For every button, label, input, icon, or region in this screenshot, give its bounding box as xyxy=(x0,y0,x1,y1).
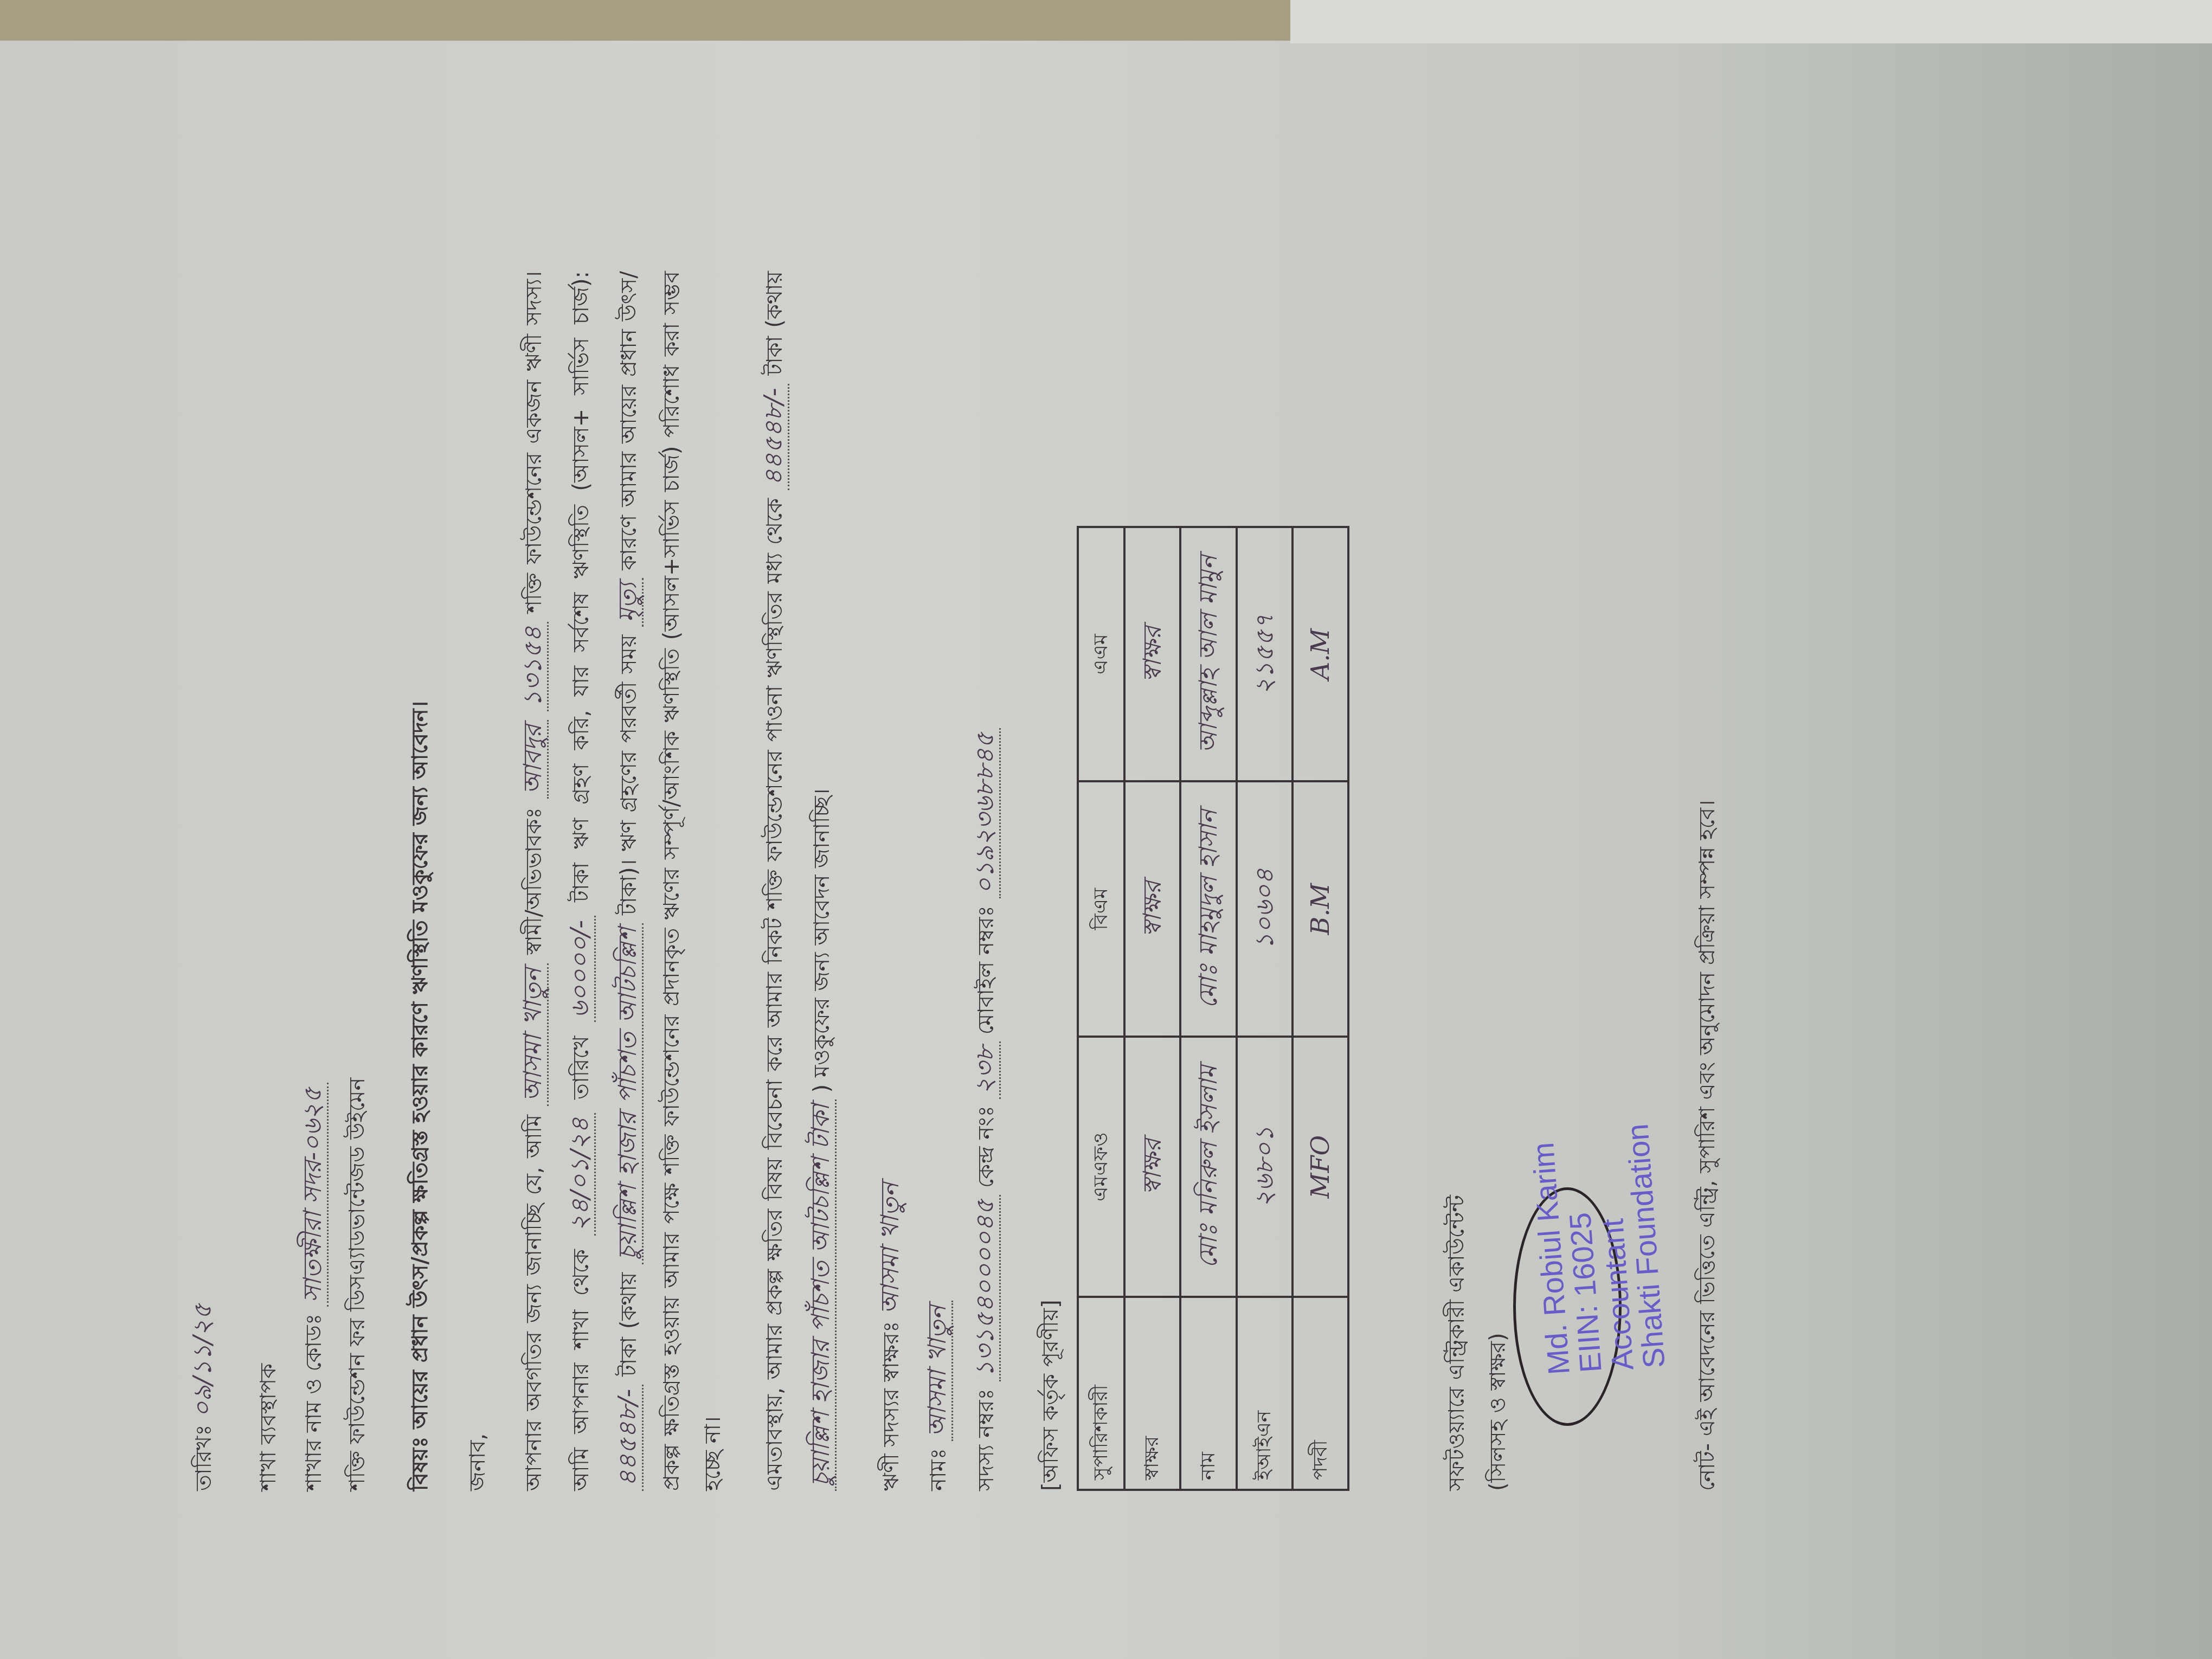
recommendation-table: সুপারিশকারী এমএফও বিএম এএম স্বাক্ষর স্বা… xyxy=(1077,526,1350,1491)
member-name-label: নামঃ xyxy=(926,1448,951,1491)
p2-text-1: এমতাবস্থায়, আমার প্রকল্প ক্ষতির বিষয় ব… xyxy=(762,498,787,1491)
member-name-line: নামঃ আসমা খাতুন xyxy=(914,271,961,1491)
table-cell: ২১৫৫৭ xyxy=(1237,527,1293,781)
table-row: নাম মোঃ মনিরুল ইসলাম মোঃ মাহমুদুল হাসান … xyxy=(1180,527,1236,1490)
row-label: নাম xyxy=(1180,1297,1236,1490)
balance-amount-field: ৪৪৫৪৮/- xyxy=(613,1385,644,1491)
waiver-amount-field: ৪৪৫৪৮/- xyxy=(758,384,789,490)
column-header: এএম xyxy=(1078,527,1124,781)
branch-line: শাখার নাম ও কোডঃ সাতক্ষীরা সদর-০৬২৫ xyxy=(289,271,336,1491)
subject-line: বিষয়ঃ আয়ের প্রধান উৎস/প্রকল্প ক্ষতিগ্র… xyxy=(400,271,441,1491)
verifier-title: সফটওয়্যারে এন্ট্রিকারী একাউন্টেন্ট xyxy=(1436,271,1477,1491)
waiver-words-field: চুয়াল্লিশ হাজার পাঁচশত আটচল্লিশ টাকা xyxy=(806,1099,837,1491)
paragraph-application: আপনার অবগতির জন্য জানাচ্ছি যে, আমি আসমা … xyxy=(509,271,734,1491)
verifier-stamp: Md. Robiul Karim EIIN: 16025 Accountant … xyxy=(1519,271,1681,1491)
p1-text-1: আপনার অবগতির জন্য জানাচ্ছি যে, আমি xyxy=(522,1115,546,1491)
p1-text-8: টাকা)। ঋণ গ্রহণের পরবর্তী সময় xyxy=(616,635,641,915)
member-signature: আসমা খাতুন xyxy=(875,1182,904,1314)
branch-value: সাতক্ষীরা সদর-০৬২৫ xyxy=(298,1083,329,1307)
branch-label: শাখার নাম ও কোডঃ xyxy=(301,1314,326,1491)
organization-name: শক্তি ফাউন্ডেশন ফর ডিসএ্যাডভান্টেজড উইমে… xyxy=(337,271,378,1491)
center-label: কেন্দ্র নংঃ xyxy=(974,1105,999,1188)
member-name-value: আসমা খাতুন xyxy=(922,1301,953,1441)
member-details: ঋণী সদস্যর স্বাক্ষরঃ আসমা খাতুন নামঃ আসম… xyxy=(866,271,1008,1491)
stamp-text: Md. Robiul Karim EIIN: 16025 Accountant … xyxy=(1527,1123,1671,1376)
date-value: ০৯/১১/২৫ xyxy=(188,1303,217,1417)
member-signature-label: ঋণী সদস্যর স্বাক্ষরঃ xyxy=(879,1321,904,1491)
table-cell: স্বাক্ষর xyxy=(1124,527,1180,781)
column-header: বিএম xyxy=(1078,781,1124,1037)
row-label: ইআইএন xyxy=(1237,1297,1293,1490)
member-number-label: সদস্য নম্বরঃ xyxy=(974,1388,999,1491)
p1-text-2: স্বামী/অভিভাবকঃ xyxy=(522,807,546,955)
table-cell: ১০৬০৪ xyxy=(1237,781,1293,1037)
date-line: তারিখঃ ০৯/১১/২৫ xyxy=(179,271,226,1491)
table-cell: B.M xyxy=(1293,781,1348,1037)
row-label: স্বাক্ষর xyxy=(1124,1297,1180,1490)
verifier-block: সফটওয়্যারে এন্ট্রিকারী একাউন্টেন্ট (সিল… xyxy=(1436,271,1681,1491)
table-cell: A.M xyxy=(1293,527,1348,781)
table-cell: আব্দুল্লাহ আল মামুন xyxy=(1180,527,1236,781)
recipient-block: শাখা ব্যবস্থাপক শাখার নাম ও কোডঃ সাতক্ষী… xyxy=(248,271,377,1491)
cause-field: মৃত্যু xyxy=(613,578,644,626)
photo-background: তারিখঃ ০৯/১১/২৫ শাখা ব্যবস্থাপক শাখার না… xyxy=(0,0,2212,1659)
table-row: পদবী MFO B.M A.M xyxy=(1293,527,1348,1490)
p1-text-6: টাকা ঋণ গ্রহণ করি, যার সর্বশেষ ঋণস্থিতি … xyxy=(569,271,594,902)
recipient-title: শাখা ব্যবস্থাপক xyxy=(248,271,289,1491)
balance-words-field: চুয়াল্লিশ হাজার পাঁচশত আটচল্লিশ xyxy=(613,923,644,1264)
table-header-row: সুপারিশকারী এমএফও বিএম এএম xyxy=(1078,527,1124,1490)
member-number-value: ১৩১৫৪০০০০৪৫ xyxy=(970,1195,1001,1382)
office-use-label: [অফিস কর্তৃক পূরণীয়] xyxy=(1030,271,1071,1491)
p2-text-3: ) মওকুফের জন্য আবেদন জানাচ্ছি। xyxy=(809,788,834,1092)
center-value: ২৩৮ xyxy=(970,1041,1001,1099)
table-cell: মোঃ মনিরুল ইসলাম xyxy=(1180,1037,1236,1297)
p1-text-5: তারিখে xyxy=(569,1036,594,1099)
application-form-page: তারিখঃ ০৯/১১/২৫ শাখা ব্যবস্থাপক শাখার না… xyxy=(54,5,2169,1632)
table-cell: MFO xyxy=(1293,1037,1348,1297)
table-row: ইআইএন ২৬৮০১ ১০৬০৪ ২১৫৫৭ xyxy=(1237,527,1293,1490)
table-cell: ২৬৮০১ xyxy=(1237,1037,1293,1297)
mobile-label: মোবাইল নম্বরঃ xyxy=(974,905,999,1034)
verifier-instruction: (সিলসহ ও স্বাক্ষর) xyxy=(1477,271,1519,1491)
column-header: এমএফও xyxy=(1078,1037,1124,1297)
member-number-line: সদস্য নম্বরঃ ১৩১৫৪০০০০৪৫ কেন্দ্র নংঃ ২৩৮… xyxy=(961,271,1008,1491)
loan-amount-field: ৬০০০০/- xyxy=(565,916,596,1023)
member-id-field: ১৩১৫৪ xyxy=(518,622,549,711)
row-label: পদবী xyxy=(1293,1297,1348,1490)
guardian-name-field: আবদুর xyxy=(518,720,549,799)
p1-text-7: টাকা (কথায় xyxy=(616,1272,641,1377)
footnote: নোট- এই আবেদনের ভিত্তিতে এন্ট্রি, সুপারি… xyxy=(1687,271,1728,1491)
table-row: স্বাক্ষর স্বাক্ষর স্বাক্ষর স্বাক্ষর xyxy=(1124,527,1180,1490)
salutation: জনাব, xyxy=(457,271,498,1491)
p2-text-2: টাকা (কথায় xyxy=(762,271,787,376)
member-signature-line: ঋণী সদস্যর স্বাক্ষরঃ আসমা খাতুন xyxy=(866,271,914,1491)
date-label: তারিখঃ xyxy=(191,1424,216,1491)
table-cell: স্বাক্ষর xyxy=(1124,1037,1180,1297)
paragraph-request: এমতাবস্থায়, আমার প্রকল্প ক্ষতির বিষয় ব… xyxy=(750,271,845,1491)
loan-date-field: ২৪/০১/২৪ xyxy=(565,1113,596,1236)
mobile-value: ০১৯২৩৬৮৮৪৫ xyxy=(970,728,1001,899)
table-corner-cell: সুপারিশকারী xyxy=(1078,1297,1124,1490)
table-cell: মোঃ মাহমুদুল হাসান xyxy=(1180,781,1236,1037)
table-cell: স্বাক্ষর xyxy=(1124,781,1180,1037)
member-name-field: আসমা খাতুন xyxy=(518,963,549,1105)
form-content: তারিখঃ ০৯/১১/২৫ শাখা ব্যবস্থাপক শাখার না… xyxy=(179,271,1728,1491)
